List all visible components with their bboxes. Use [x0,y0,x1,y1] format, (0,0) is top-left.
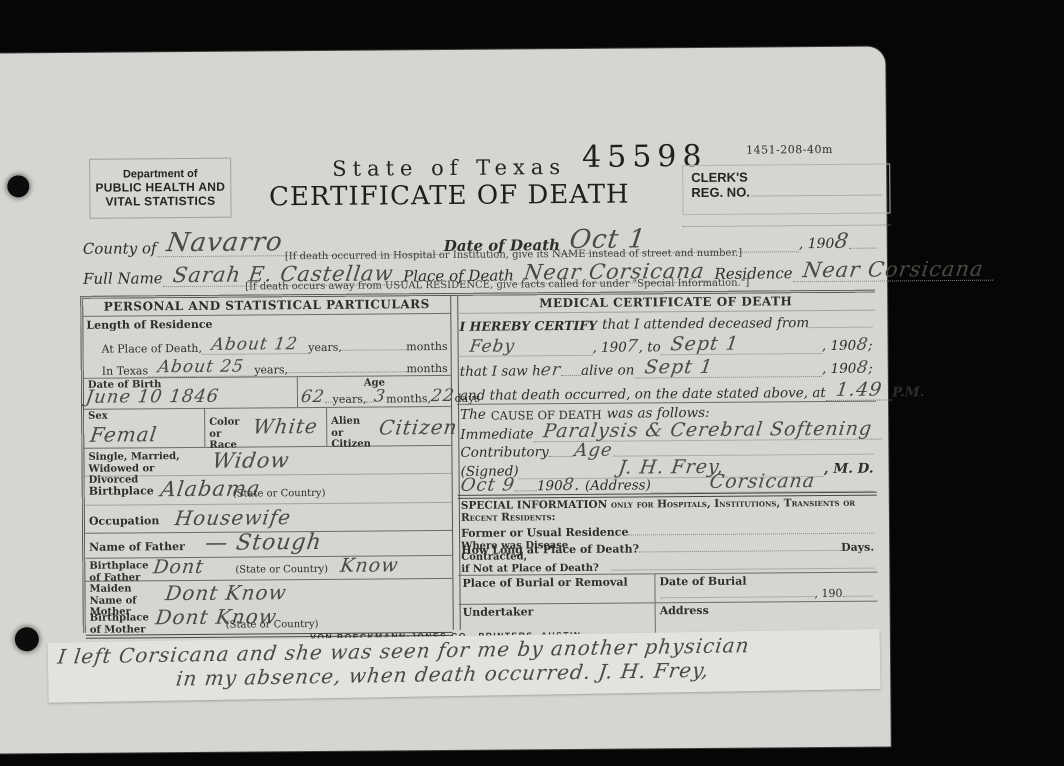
saw-pre-text: that I saw h [460,363,541,380]
immediate-line: Paralysis & Cerebral Softening [534,420,883,443]
at-place-value: About 12 [211,336,299,354]
months-label-1: months [406,340,447,353]
color-race-value: White [252,416,319,437]
citizen-label: Alien or Citizen [331,416,375,451]
year-dots [849,248,877,249]
occupation-value: Housewife [174,507,293,528]
certify-dots-1 [809,327,872,328]
signed-date-dots [515,490,537,491]
burial-date-label: Date of Burial [659,575,746,589]
pm-label: P.M. [892,384,924,400]
reg-no-label: REG. NO. [691,185,750,200]
age-months-label: months, [386,392,431,405]
death-line-text: and that death occurred, on the date sta… [460,385,826,404]
age-values-row: 62 years, 3 months, 22 days [298,388,451,406]
certify-block: I HEREBY CERTIFY that I attended decease… [456,311,876,405]
certify-bold-text: I HEREBY CERTIFY [459,318,597,334]
dob-age-row: Date of Birth June 10 1846 Age 62 years,… [84,376,451,410]
months-dots-1 [342,349,406,351]
cause-pre-text: The [460,407,486,423]
print-code: 1451-208-40m [746,143,833,157]
marital-row: Single, Married, Widowed or Divorced Wid… [84,446,451,477]
in-texas-label: In Texas [102,364,148,377]
mother-name-row: Maiden Name of Mother Dont Know [85,579,452,607]
physician-note-strip: I left Corsicana and she was seen for me… [48,629,881,703]
disease-contracted-label: Where was Disease Contracted,if Not at P… [461,539,611,575]
how-long-dots [639,550,841,553]
burial-date-dots-2 [843,596,873,597]
former-residence-label: Former or Usual Residence [461,526,628,540]
at-place-line: About 12 [202,334,308,355]
age-cell: Age 62 years, 3 months, 22 days [297,376,451,407]
year2-value: 8 [855,337,869,354]
age-years-label: years, [333,393,367,406]
days-cap-label: Days. [841,541,874,554]
residence-line: Near Corsicana [793,259,994,283]
state-or-country-note-3: (State or Country) [226,618,319,630]
year2-prefix: , 190 [822,338,856,354]
special-title: SPECIAL INFORMATION only for Hospitals, … [461,496,874,523]
years-label-2: years, [254,363,288,376]
saw-value: Sept 1 [643,358,714,378]
year-value: 8 [833,231,850,252]
date-of-birth-value: June 10 1846 [85,388,221,407]
contributory-value: Age [574,442,615,460]
burial-place-cell: Place of Burial or Removal [458,574,654,604]
undertaker-label: Undertaker [463,605,534,619]
sex-cell: Sex Femal [84,409,204,448]
dob-cell: Date of Birth June 10 1846 [84,377,297,409]
from-line: Feby [460,336,593,357]
signed-year-value: 8. [562,477,582,494]
clerks-label: CLERK'S [691,169,881,185]
age-dots-1 [325,402,333,403]
immediate-value: Paralysis & Cerebral Softening [542,420,873,442]
saw-line: Sept 1 [634,357,822,378]
to-value: Sept 1 [669,335,740,355]
length-of-residence-label: Length of Residence [86,318,212,332]
residence-value: Near Corsicana [801,259,984,281]
saw-hw-text: er [540,362,562,379]
birthplace-row: Birthplace Alabama (State or Country) [85,474,452,506]
contributory-dots-1 [549,456,575,457]
mother-birthplace-label: Birthplace of Mother [90,612,150,635]
father-birthplace-label: Birthplace of Father [89,560,149,583]
personal-column: PERSONAL AND STATISTICAL PARTICULARS Len… [83,296,453,639]
in-texas-line: About 25 [148,356,254,377]
age-days-value: 22 [430,388,456,405]
father-birthplace-value-1: Dont [152,558,205,577]
special-title-row: SPECIAL INFORMATION only for Hospitals, … [458,496,877,524]
certify-line-2: Feby , 190 7 , to Sept 1 , 190 8 ; [456,331,875,357]
state-title: State of Texas [274,155,624,182]
department-line1: Department of [90,168,230,181]
department-line3: VITAL STATISTICS [90,194,230,209]
at-place-of-death-row: At Place of Death, About 12 years, month… [83,329,450,356]
signed-date-value: Oct 9 [459,476,516,494]
burial-place-label: Place of Burial or Removal [462,576,627,590]
burial-date-line: , 190 [657,587,875,602]
year-printed-prefix: , 190 [799,236,835,252]
burial-row: Place of Burial or Removal Date of Buria… [458,573,877,605]
medical-column: MEDICAL CERTIFICATE OF DEATH I HEREBY CE… [456,293,878,636]
years-label-1: years, [308,341,342,354]
age-months-value: 3 [373,388,387,405]
color-race-cell: Color or Race White [204,408,326,447]
state-or-country-note-1: (State or Country) [233,487,326,499]
certificate-page: Department of PUBLIC HEALTH AND VITAL ST… [0,47,891,754]
death-time-line: 1.49 [826,380,892,401]
certificate-title: CERTIFICATE OF DEATH [239,179,659,212]
undertaker-address-label: Address [660,604,709,617]
certify-rest-text: that I attended deceased from [602,315,809,333]
marital-value: Widow [211,450,291,472]
to-label: , to [639,339,661,355]
county-value: Navarro [165,229,284,256]
hole-punch-bottom [15,627,39,651]
mother-name-value: Dont Know [164,582,288,603]
county-label: County of [83,239,157,258]
disease-contracted-dots [611,568,874,571]
sex-label: Sex [88,411,108,422]
year3-prefix: , 190 [822,361,856,377]
saw-dots-1 [561,375,581,376]
former-residence-dots [628,533,874,536]
citizen-cell: Alien or Citizen Citizen [326,407,451,446]
department-box: Department of PUBLIC HEALTH AND VITAL ST… [89,158,231,219]
color-race-label: Color or Race [209,417,249,452]
months-dots-2 [288,371,406,373]
from-value: Feby [468,338,516,355]
sex-value: Femal [89,424,159,445]
hole-punch-top [7,175,29,197]
department-line2: PUBLIC HEALTH AND [90,180,230,195]
year3-value: 8 [855,360,869,377]
year1-value: 7 [626,338,640,355]
months-label-2: months [406,362,447,375]
signed-value: J. H. Frey, [617,458,725,478]
father-birthplace-value-2: Know [339,556,400,575]
address-value: Corsicana [708,472,816,492]
death-time-value: 1.49 [835,381,884,400]
burial-date-cell: Date of Burial , 190 [654,573,877,603]
immediate-cause-row: Immediate Paralysis & Cerebral Softening [457,420,876,443]
certify-line-3: that I saw h er alive on Sept 1 , 190 8 … [457,354,876,380]
father-birthplace-row: Birthplace of Father Dont (State or Coun… [85,556,452,582]
to-line: Sept 1 [661,334,822,355]
in-texas-value: About 25 [157,359,245,377]
burial-year-prefix: , 190 [814,587,842,600]
clerks-reg-box: CLERK'S REG. NO. [682,163,890,215]
form-table: PERSONAL AND STATISTICAL PARTICULARS Len… [80,290,878,633]
father-name-label: Name of Father [89,540,185,554]
age-years-value: 62 [300,389,326,406]
sex-race-citizen-row: Sex Femal Color or Race White Alien or C… [84,407,451,449]
father-name-value: — Stough [204,532,323,555]
immediate-label: Immediate [460,426,533,443]
occupation-label: Occupation [89,514,159,528]
occupation-row: Occupation Housewife [85,503,452,534]
reg-no-blank-line [750,195,881,197]
scanned-document-background: Department of PUBLIC HEALTH AND VITAL ST… [0,0,1064,766]
certify-line-4: and that death occurred, on the date sta… [457,377,876,404]
year1-prefix: , 190 [592,340,626,356]
state-or-country-note-2: (State or Country) [235,563,328,575]
signed-year-prefix: 190 [537,478,563,494]
burial-date-dots-1 [661,596,815,598]
saw-mid-text: alive on [581,362,635,378]
at-place-label: At Place of Death, [102,342,203,356]
in-texas-row: In Texas About 25 years, months [84,353,451,379]
birthplace-label: Birthplace [89,484,154,498]
address-label: (Address) [585,477,651,494]
full-name-label: Full Name [83,269,163,288]
citizen-value: Citizen [378,417,459,438]
